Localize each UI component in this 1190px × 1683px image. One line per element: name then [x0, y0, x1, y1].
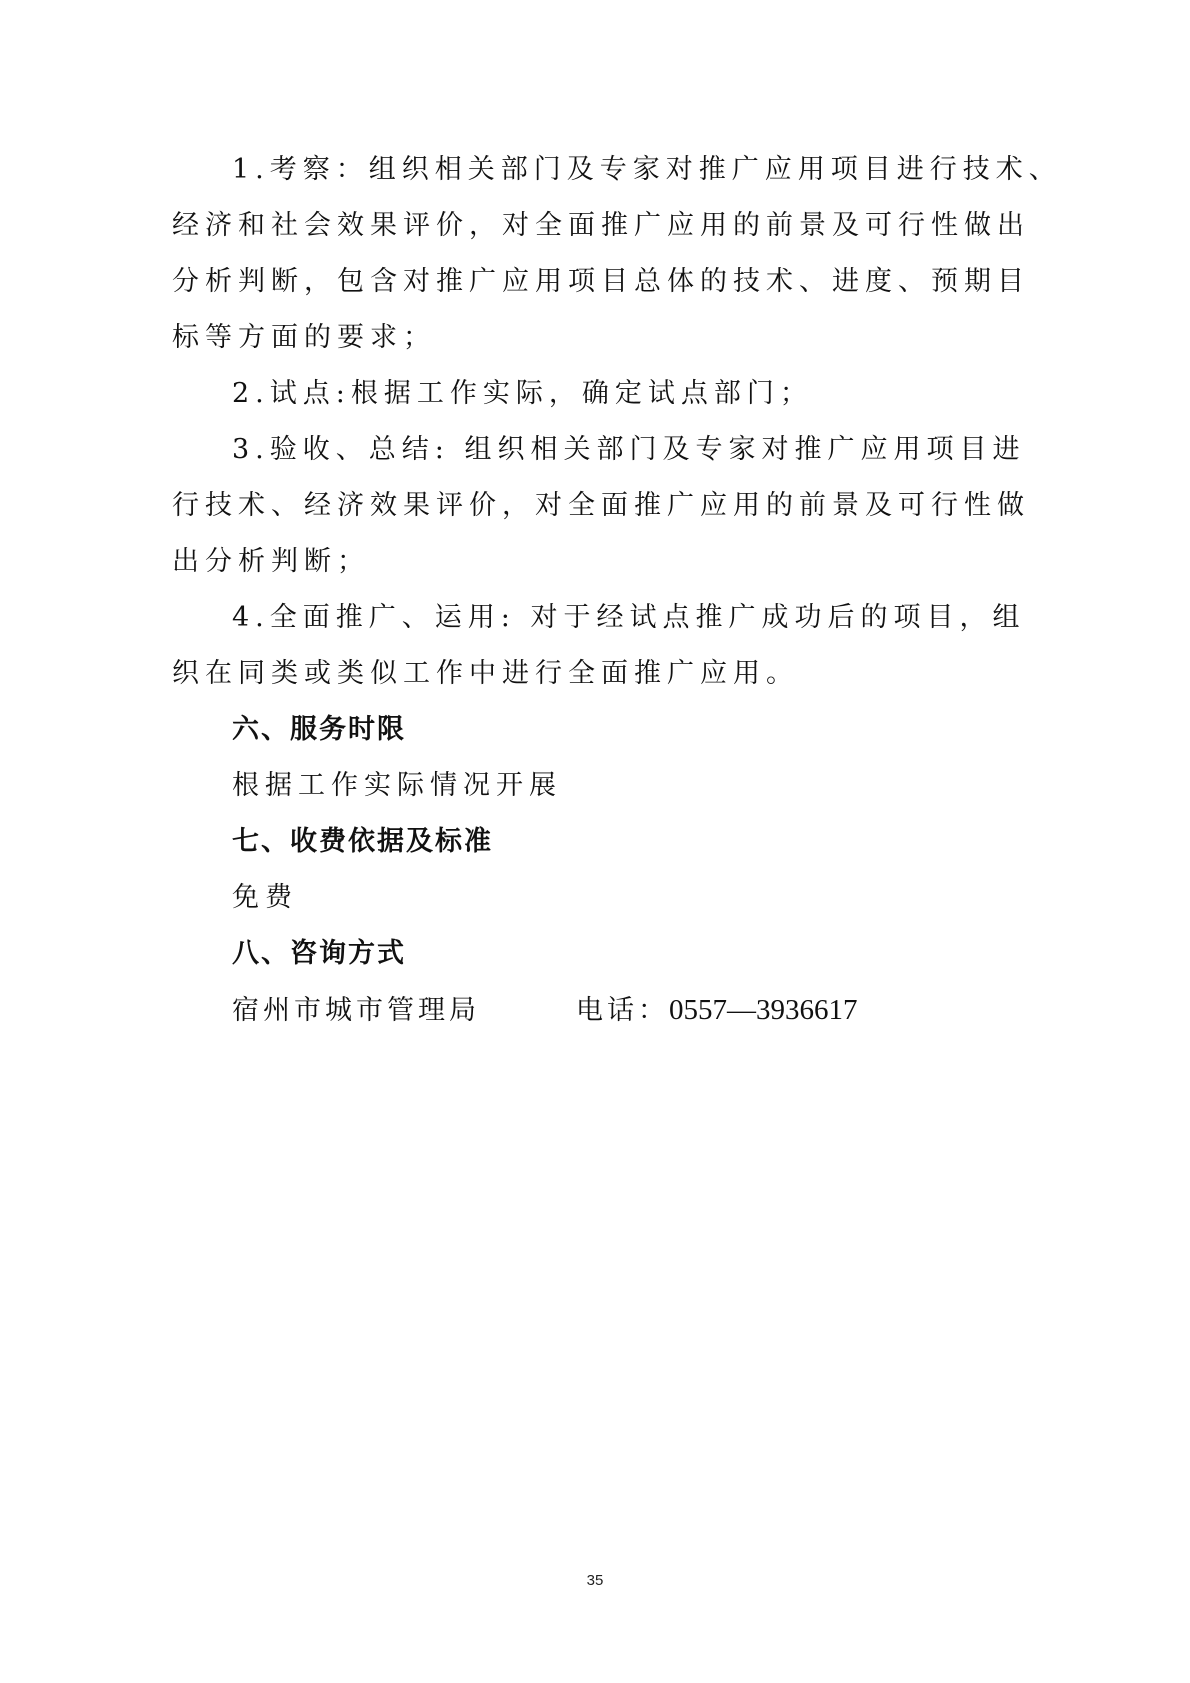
phone-label: 电话：: [576, 995, 669, 1026]
contact-org: 宿州市城市管理局: [232, 995, 480, 1026]
section-heading-service-time: 六、服务时限: [232, 712, 406, 748]
section-body-service-time: 根据工作实际情况开展: [232, 768, 562, 804]
step-1-line-1: 1.考察：组织相关部门及专家对推广应用项目进行技术、: [232, 152, 1062, 188]
step-3-line-1: 3.验收、总结: 组织相关部门及专家对推广应用项目进: [232, 432, 1025, 468]
step-2-line-1: 2.试点:根据工作实际，确定试点部门；: [232, 376, 813, 412]
section-body-fees: 免费: [232, 880, 298, 916]
step-4-line-2: 织在同类或类似工作中进行全面推广应用。: [172, 656, 799, 692]
step-1-line-3: 分析判断，包含对推广应用项目总体的技术、进度、预期目: [172, 264, 1030, 300]
step-3-line-3: 出分析判断；: [172, 544, 370, 580]
step-1-line-4: 标等方面的要求；: [172, 320, 436, 356]
step-3-line-2: 行技术、经济效果评价，对全面推广应用的前景及可行性做: [172, 488, 1030, 524]
step-1-line-2: 经济和社会效果评价，对全面推广应用的前景及可行性做出: [172, 208, 1030, 244]
page-number: 35: [0, 1572, 1190, 1589]
section-heading-consultation: 八、咨询方式: [232, 936, 406, 972]
document-page: 1.考察：组织相关部门及专家对推广应用项目进行技术、 经济和社会效果评价，对全面…: [0, 0, 1190, 1683]
step-4-line-1: 4.全面推广、运用: 对于经试点推广成功后的项目，组: [232, 600, 1025, 636]
section-heading-fees: 七、收费依据及标准: [232, 824, 493, 860]
phone-number: 0557—3936617: [669, 994, 858, 1026]
contact-line: 宿州市城市管理局电话：0557—3936617: [232, 992, 858, 1029]
